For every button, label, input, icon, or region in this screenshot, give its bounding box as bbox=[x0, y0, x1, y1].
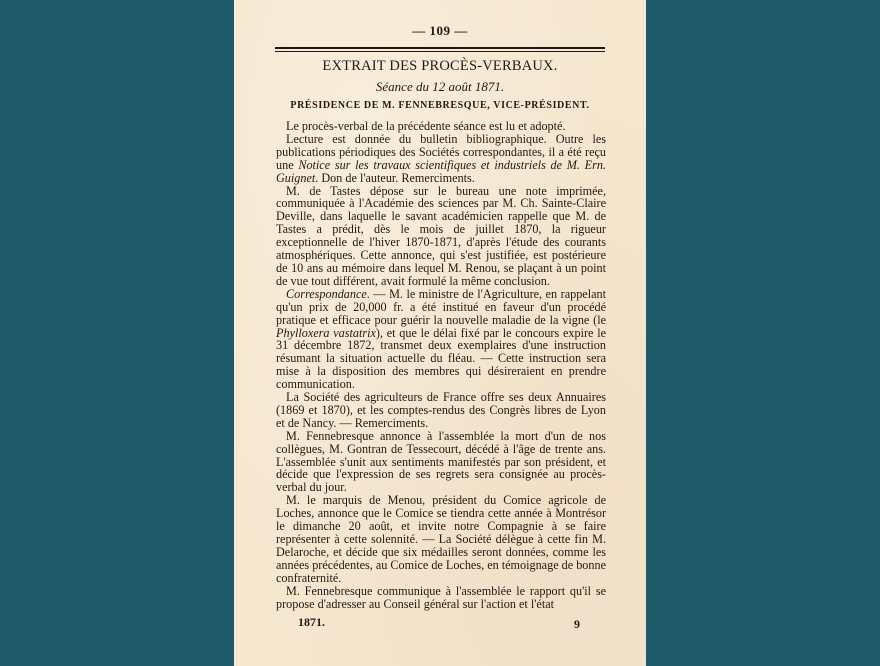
paragraph-comice: M. le marquis de Menou, président du Com… bbox=[276, 494, 606, 584]
document-page: — 109 — EXTRAIT DES PROCÈS-VERBAUX. Séan… bbox=[234, 0, 646, 666]
header-double-rule bbox=[275, 47, 605, 53]
rule-thin bbox=[275, 51, 605, 52]
text-run: . Don de l'auteur. Remerciments. bbox=[315, 171, 475, 185]
paragraph-correspondance: Correspondance. — M. le ministre de l'Ag… bbox=[276, 288, 606, 391]
presidency-line: PRÉSIDENCE DE M. FENNEBRESQUE, VICE-PRÉS… bbox=[234, 100, 646, 111]
text-run: La Société des agriculteurs de France of… bbox=[276, 390, 606, 430]
text-run: M. Fennebresque annonce à l'assemblée la… bbox=[276, 429, 606, 495]
section-title: EXTRAIT DES PROCÈS-VERBAUX. bbox=[234, 58, 646, 75]
minutes-body: Le procès-verbal de la précédente séance… bbox=[276, 120, 606, 610]
session-date: Séance du 12 août 1871. bbox=[234, 79, 646, 95]
image-viewer: — 109 — EXTRAIT DES PROCÈS-VERBAUX. Séan… bbox=[0, 0, 880, 666]
text-run: M. de Tastes dépose sur le bureau une no… bbox=[276, 184, 606, 288]
italic-species: Phylloxera vastatrix bbox=[276, 326, 376, 340]
text-run: M. Fennebresque communique à l'assemblée… bbox=[276, 584, 606, 611]
rule-thick bbox=[275, 47, 605, 49]
paragraph-bulletin: Lecture est donnée du bulletin bibliogra… bbox=[276, 133, 606, 185]
paragraph-obituary: M. Fennebresque annonce à l'assemblée la… bbox=[276, 430, 606, 495]
text-run: Le procès-verbal de la précédente séance… bbox=[286, 119, 566, 133]
paragraph-tastes: M. de Tastes dépose sur le bureau une no… bbox=[276, 185, 606, 288]
footer-signature-mark: 1871. bbox=[298, 615, 325, 630]
text-run: M. le marquis de Menou, président du Com… bbox=[276, 493, 606, 584]
italic-heading: Correspondance bbox=[286, 287, 367, 301]
page-number-header: — 109 — bbox=[234, 23, 646, 39]
footer-gathering-number: 9 bbox=[574, 617, 580, 632]
paragraph-agriculteurs: La Société des agriculteurs de France of… bbox=[276, 391, 606, 430]
paragraph-rapport: M. Fennebresque communique à l'assemblée… bbox=[276, 585, 606, 611]
